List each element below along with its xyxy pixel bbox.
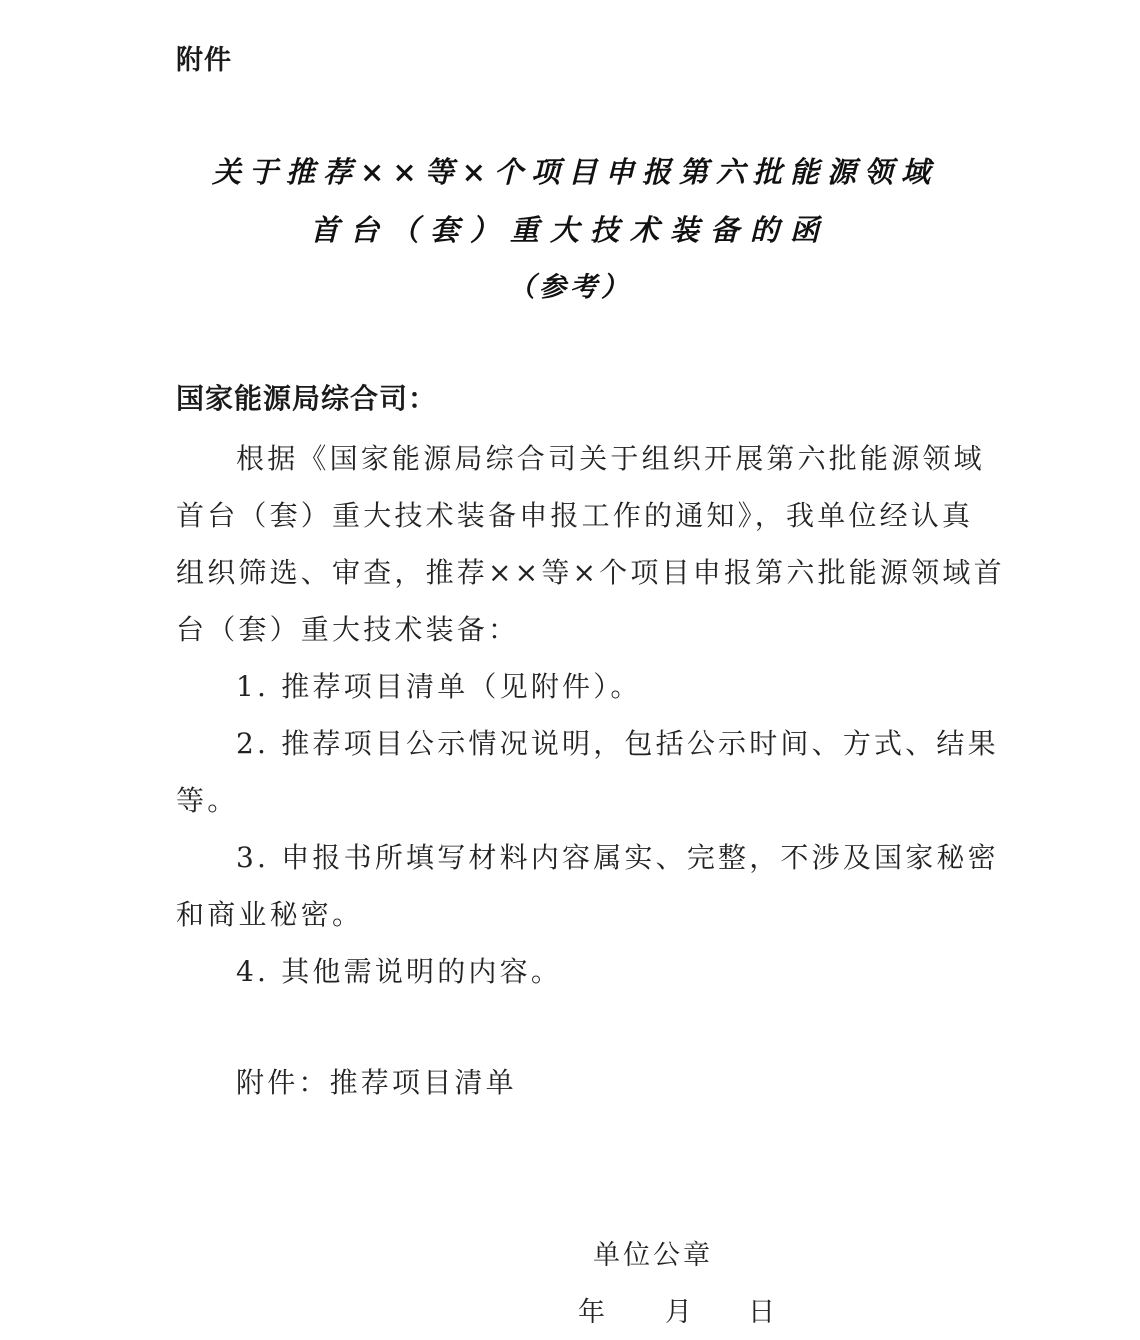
list-item-4: 4. 其他需说明的内容。 xyxy=(236,950,562,990)
list-item-2-cont: 等。 xyxy=(176,779,238,819)
date-year: 年 xyxy=(578,1290,608,1329)
list-item-3: 3. 申报书所填写材料内容属实、完整，不涉及国家秘密 xyxy=(236,836,999,876)
intro-line-4: 台（套）重大技术装备： xyxy=(176,608,519,648)
salutation: 国家能源局综合司： xyxy=(176,377,437,417)
attachment-note: 附件：推荐项目清单 xyxy=(236,1061,517,1101)
intro-line-3: 组织筛选、审查，推荐××等×个项目申报第六批能源领域首 xyxy=(176,551,1005,591)
intro-line-2: 首台（套）重大技术装备申报工作的通知》，我单位经认真 xyxy=(176,494,973,534)
date-month: 月 xyxy=(665,1290,695,1329)
attachment-label: 附件 xyxy=(176,38,232,77)
date-day: 日 xyxy=(748,1290,778,1329)
list-item-1: 1. 推荐项目清单（见附件）。 xyxy=(236,665,642,705)
unit-seal: 单位公章 xyxy=(593,1233,713,1272)
title-line-1: 关于推荐××等×个项目申报第六批能源领域 xyxy=(0,150,1140,191)
title-subtitle: （参考） xyxy=(0,265,1140,304)
intro-line-1: 根据《国家能源局综合司关于组织开展第六批能源领域 xyxy=(236,437,985,477)
list-item-2: 2. 推荐项目公示情况说明，包括公示时间、方式、结果 xyxy=(236,722,999,762)
list-item-3-cont: 和商业秘密。 xyxy=(176,893,363,933)
title-line-2: 首台（套）重大技术装备的函 xyxy=(0,208,1140,249)
